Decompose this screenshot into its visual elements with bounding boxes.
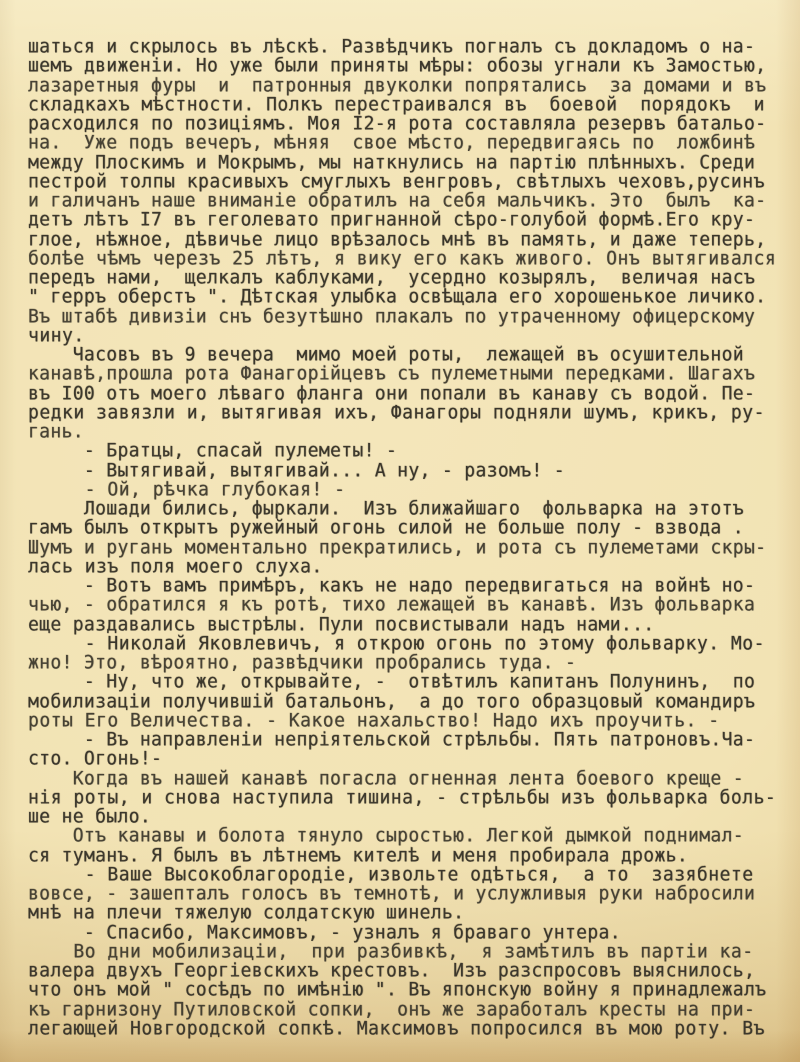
text-line: валера двухъ Георгіевскихъ крестовъ. Изъ… bbox=[28, 961, 782, 981]
text-line: - Вотъ вамъ примѣръ, какъ не надо передв… bbox=[28, 576, 782, 596]
text-line: жно! Это, вѣроятно, развѣдчики пробралис… bbox=[28, 653, 782, 673]
text-line: Шумъ и ругань моментально прекратились, … bbox=[28, 538, 782, 558]
text-line: гамъ былъ открытъ ружейный огонь силой н… bbox=[28, 518, 782, 538]
text-line: расходился по позиціямъ. Моя I2-я рота с… bbox=[28, 114, 782, 134]
text-line: - Въ направленіи непріятельской стрѣльбы… bbox=[28, 730, 782, 750]
text-line: лазаретныя фуры и патронныя двуколки поп… bbox=[28, 76, 782, 96]
text-line: - Спасибо, Максимовъ, - узналъ я браваго… bbox=[28, 923, 782, 943]
text-line: редки завязли и, вытягивая ихъ, Фанагоры… bbox=[28, 403, 782, 423]
text-line: роты Его Величества. - Какое нахальство!… bbox=[28, 711, 782, 731]
text-line: чину. bbox=[28, 326, 782, 346]
text-line: гань. bbox=[28, 422, 782, 442]
text-line: Лошади бились, фыркали. Изъ ближайшаго ф… bbox=[28, 499, 782, 519]
text-line: чью, - обратился я къ ротѣ, тихо лежащей… bbox=[28, 595, 782, 615]
text-line: между Плоскимъ и Мокрымъ, мы наткнулись … bbox=[28, 153, 782, 173]
text-line: - Ой, рѣчка глубокая! - bbox=[28, 480, 782, 500]
text-line: канавѣ,прошла рота Фанагорійцевъ съ пуле… bbox=[28, 364, 782, 384]
text-line: нія роты, и снова наступила тишина, - ст… bbox=[28, 788, 782, 808]
text-line: передъ нами, щелкалъ каблуками, усердно … bbox=[28, 268, 782, 288]
text-line: шаться и скрылось въ лѣскѣ. Развѣдчикъ п… bbox=[28, 37, 782, 57]
text-line: легающей Новгородской сопкѣ. Максимовъ п… bbox=[28, 1019, 782, 1039]
text-line: детъ лѣтъ I7 въ геголевато пригнанной сѣ… bbox=[28, 210, 782, 230]
text-line: - Ну, что же, открывайте, - отвѣтилъ кап… bbox=[28, 672, 782, 692]
text-line: на. Уже подъ вечеръ, мѣняя свое мѣсто, п… bbox=[28, 133, 782, 153]
text-line: въ I00 отъ моего лѣваго фланга они попал… bbox=[28, 384, 782, 404]
text-line: къ гарнизону Путиловской сопки, онъ же з… bbox=[28, 1000, 782, 1020]
text-line: ше не было. bbox=[28, 807, 782, 827]
text-line: пестрой толпы красивыхъ смуглыхъ венгров… bbox=[28, 172, 782, 192]
typewritten-page: шаться и скрылось въ лѣскѣ. Развѣдчикъ п… bbox=[0, 0, 800, 1062]
text-line: лась изъ поля моего слуха. bbox=[28, 557, 782, 577]
text-line: сто. Огонь!- bbox=[28, 749, 782, 769]
text-line: - Вытягивай, вытягивай... А ну, - разомъ… bbox=[28, 461, 782, 481]
text-line: Часовъ въ 9 вечера мимо моей роты, лежащ… bbox=[28, 345, 782, 365]
text-line: складкахъ мѣстности. Полкъ перестраивалс… bbox=[28, 95, 782, 115]
text-line: " герръ оберстъ ". Дѣтская улыбка освѣща… bbox=[28, 287, 782, 307]
text-line: болѣе чѣмъ черезъ 25 лѣтъ, я вику его ка… bbox=[28, 249, 782, 269]
text-line: - Братцы, спасай пулеметы! - bbox=[28, 441, 782, 461]
text-line: вовсе, - зашепталъ голосъ въ темнотѣ, и … bbox=[28, 884, 782, 904]
text-line: мнѣ на плечи тяжелую солдатскую шинель. bbox=[28, 903, 782, 923]
text-line: Отъ канавы и болота тянуло сыростью. Лег… bbox=[28, 826, 782, 846]
page-text: шаться и скрылось въ лѣскѣ. Развѣдчикъ п… bbox=[28, 37, 782, 1038]
text-line: и галичанъ наше вниманіе обратилъ на себ… bbox=[28, 191, 782, 211]
text-line: еще раздавались выстрѣлы. Пули посвистыв… bbox=[28, 615, 782, 635]
text-line: Когда въ нашей канавѣ погасла огненная л… bbox=[28, 769, 782, 789]
text-line: что онъ мой " сосѣдъ по имѣнію ". Въ япо… bbox=[28, 980, 782, 1000]
text-line: Во дни мобилизаціи, при разбивкѣ, я замѣ… bbox=[28, 942, 782, 962]
text-line: мобилизаціи получившій батальонъ, а до т… bbox=[28, 692, 782, 712]
text-line: ся туманъ. Я былъ въ лѣтнемъ кителѣ и ме… bbox=[28, 846, 782, 866]
text-line: - Николай Яковлевичъ, я открою огонь по … bbox=[28, 634, 782, 654]
text-line: Въ штабѣ дивизіи снъ безутѣшно плакалъ п… bbox=[28, 307, 782, 327]
text-line: - Ваше Высокоблагородіе, извольте одѣтьс… bbox=[28, 865, 782, 885]
text-line: глое, нѣжное, дѣвичье лицо врѣзалось мнѣ… bbox=[28, 230, 782, 250]
text-line: шемъ движеніи. Но уже были приняты мѣры:… bbox=[28, 56, 782, 76]
